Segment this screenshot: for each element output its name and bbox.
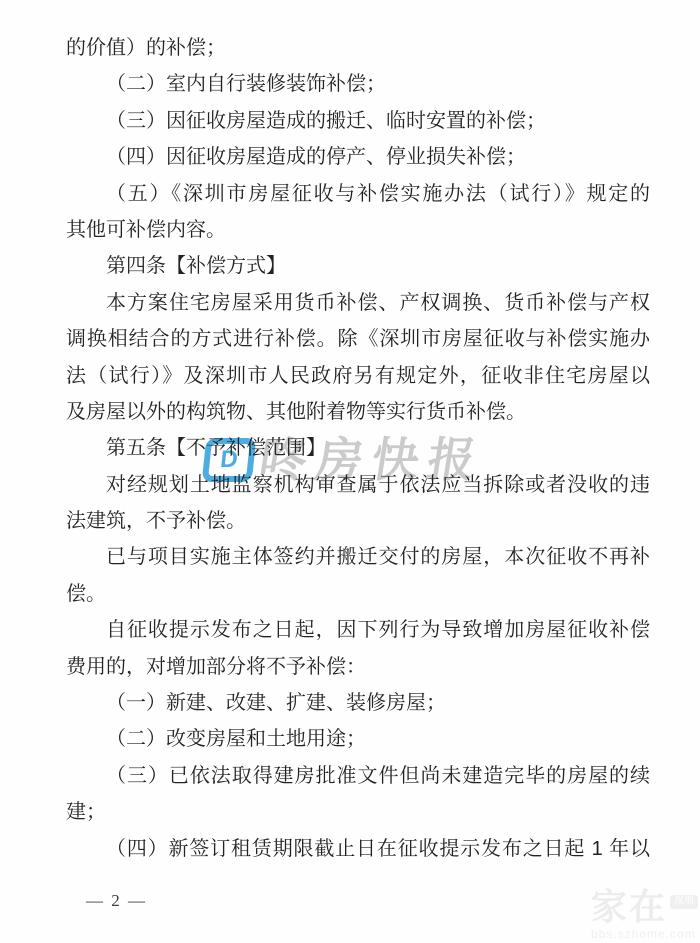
corner-watermark: 家在 深圳 bbs.szhome.com	[591, 889, 698, 941]
text-line: 对经规划土地监察机构审查属于依法应当拆除或者没收的违	[66, 467, 650, 503]
text-line: （三）因征收房屋造成的搬迁、临时安置的补偿；	[66, 103, 650, 139]
corner-watermark-url: bbs.szhome.com	[591, 927, 698, 941]
text-line: 调换相结合的方式进行补偿。除《深圳市房屋征收与补偿实施办	[66, 321, 650, 357]
text-line: （四）新签订租赁期限截止日在征收提示发布之日起 1 年以	[66, 831, 650, 867]
text-line: （四）因征收房屋造成的停产、停业损失补偿；	[66, 139, 650, 175]
text-line: （三）已依法取得建房批准文件但尚未建造完毕的房屋的续	[66, 758, 650, 794]
document-page: D 咚房快报 的价值）的补偿；（二）室内自行装修装饰补偿；（三）因征收房屋造成的…	[0, 0, 700, 943]
corner-watermark-title: 家在	[591, 889, 667, 925]
text-line: 第五条【不予补偿范围】	[66, 430, 650, 466]
text-line: 其他可补偿内容。	[66, 212, 650, 248]
text-line: 及房屋以外的构筑物、其他附着物等实行货币补偿。	[66, 394, 650, 430]
text-line: （五）《深圳市房屋征收与补偿实施办法（试行）》规定的	[66, 176, 650, 212]
text-line: （二）改变房屋和土地用途；	[66, 721, 650, 757]
text-line: 自征收提示发布之日起，因下列行为导致增加房屋征收补偿	[66, 612, 650, 648]
text-line: 法建筑，不予补偿。	[66, 503, 650, 539]
text-line: （二）室内自行装修装饰补偿；	[66, 66, 650, 102]
text-line: 已与项目实施主体签约并搬迁交付的房屋，本次征收不再补	[66, 539, 650, 575]
text-line: （一）新建、改建、扩建、装修房屋；	[66, 685, 650, 721]
corner-watermark-badge: 深圳	[670, 895, 698, 909]
text-line: 费用的，对增加部分将不予补偿：	[66, 649, 650, 685]
text-line: 的价值）的补偿；	[66, 30, 650, 66]
text-line: 本方案住宅房屋采用货币补偿、产权调换、货币补偿与产权	[66, 285, 650, 321]
text-line: 法（试行）》及深圳市人民政府另有规定外，征收非住宅房屋以	[66, 358, 650, 394]
document-body: 的价值）的补偿；（二）室内自行装修装饰补偿；（三）因征收房屋造成的搬迁、临时安置…	[66, 30, 650, 867]
text-line: 建；	[66, 794, 650, 830]
text-line: 第四条【补偿方式】	[66, 248, 650, 284]
page-number: — 2 —	[86, 891, 147, 911]
text-line: 偿。	[66, 576, 650, 612]
corner-watermark-row: 家在 深圳	[591, 889, 698, 925]
